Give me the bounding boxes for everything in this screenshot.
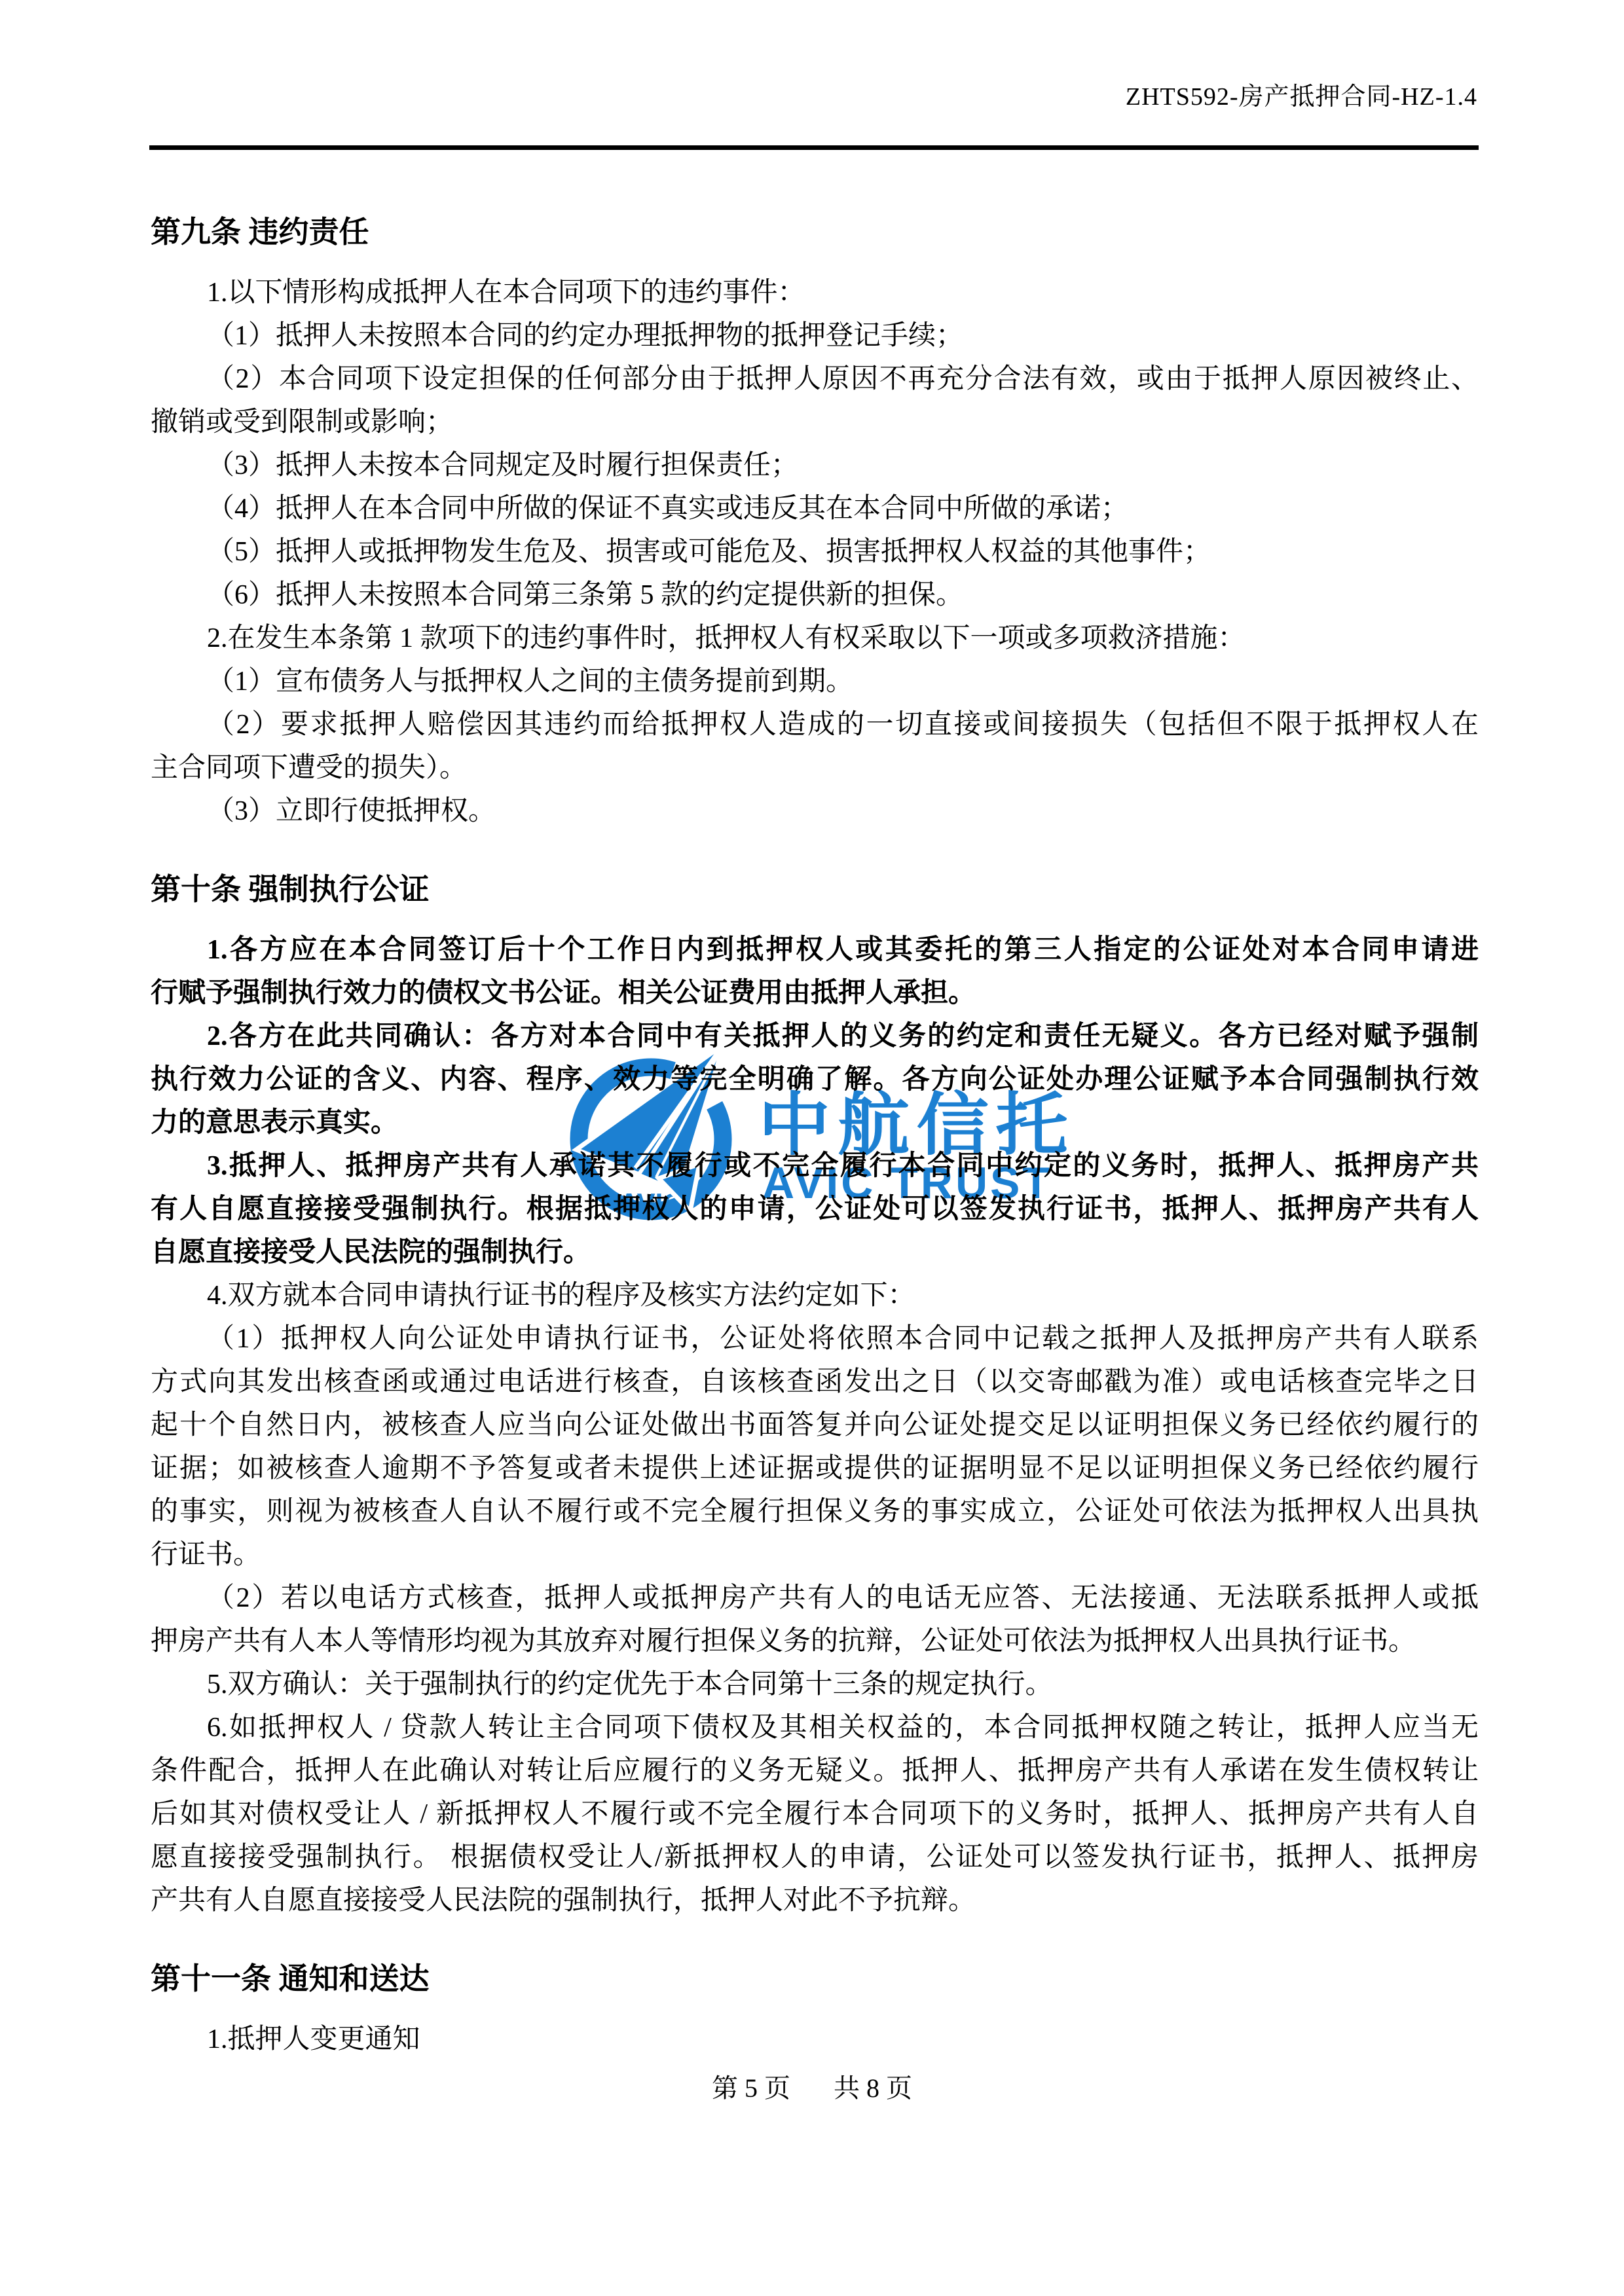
contract-body: 第九条 违约责任1.以下情形构成抵押人在本合同项下的违约事件：（1）抵押人未按照… bbox=[151, 175, 1479, 2061]
text-line: 1.各方应在本合同签订后十个工作日内到抵押权人或其委托的第三人指定的公证处对本合… bbox=[151, 928, 1479, 972]
text-line: 行证书。 bbox=[151, 1533, 1479, 1576]
text-line: 有人自愿直接接受强制执行。根据抵押权人的申请，公证处可以签发执行证书，抵押人、抵… bbox=[151, 1188, 1479, 1231]
text-line: 押房产共有人本人等情形均视为其放弃对履行担保义务的抗辩，公证处可依法为抵押权人出… bbox=[151, 1620, 1479, 1663]
article-heading: 第九条 违约责任 bbox=[151, 211, 1479, 254]
text-line: 主合同项下遭受的损失）。 bbox=[151, 746, 1479, 790]
total-page-label: 共 8 页 bbox=[815, 2073, 931, 2103]
text-line: （3）抵押人未按本合同规定及时履行担保责任； bbox=[151, 444, 1479, 487]
text-line: （6）抵押人未按照本合同第三条第 5 款的约定提供新的担保。 bbox=[151, 574, 1479, 617]
text-line: （2）若以电话方式核查，抵押人或抵押房产共有人的电话无应答、无法接通、无法联系抵… bbox=[151, 1576, 1479, 1620]
text-line: （1）抵押权人向公证处申请执行证书，公证处将依照本合同中记载之抵押人及抵押房产共… bbox=[151, 1317, 1479, 1360]
header-rule bbox=[149, 145, 1479, 150]
text-line: 产共有人自愿直接接受人民法院的强制执行，抵押人对此不予抗辩。 bbox=[151, 1879, 1479, 1922]
document-code: ZHTS592-房产抵押合同-HZ-1.4 bbox=[1126, 76, 1477, 112]
page-footer: 第 5 页 共 8 页 bbox=[0, 2068, 1624, 2105]
text-line: 2.各方在此共同确认：各方对本合同中有关抵押人的义务的约定和责任无疑义。各方已经… bbox=[151, 1015, 1479, 1058]
text-line: 执行效力公证的含义、内容、程序、效力等完全明确了解。各方向公证处办理公证赋予本合… bbox=[151, 1058, 1479, 1101]
text-line: 起十个自然日内，被核查人应当向公证处做出书面答复并向公证处提交足以证明担保义务已… bbox=[151, 1404, 1479, 1447]
text-line: 方式向其发出核查函或通过电话进行核查，自该核查函发出之日（以交寄邮戳为准）或电话… bbox=[151, 1360, 1479, 1404]
text-line: 后如其对债权受让人 / 新抵押权人不履行或不完全履行本合同项下的义务时，抵押人、… bbox=[151, 1793, 1479, 1836]
text-line: （4）抵押人在本合同中所做的保证不真实或违反其在本合同中所做的承诺； bbox=[151, 487, 1479, 530]
text-line: 力的意思表示真实。 bbox=[151, 1101, 1479, 1144]
text-line: （2）要求抵押人赔偿因其违约而给抵押权人造成的一切直接或间接损失（包括但不限于抵… bbox=[151, 703, 1479, 746]
text-line: （1）宣布债务人与抵押权人之间的主债务提前到期。 bbox=[151, 660, 1479, 703]
text-line: 条件配合，抵押人在此确认对转让后应履行的义务无疑义。抵押人、抵押房产共有人承诺在… bbox=[151, 1749, 1479, 1793]
text-line: 愿直接接受强制执行。 根据债权受让人/新抵押权人的申请，公证处可以签发执行证书，… bbox=[151, 1836, 1479, 1879]
text-line: 1.抵押人变更通知 bbox=[151, 2018, 1479, 2061]
text-line: 撤销或受到限制或影响； bbox=[151, 401, 1479, 444]
current-page-label: 第 5 页 bbox=[693, 2073, 809, 2103]
text-line: 6.如抵押权人 / 贷款人转让主合同项下债权及其相关权益的，本合同抵押权随之转让… bbox=[151, 1706, 1479, 1749]
text-line: 5.双方确认：关于强制执行的约定优先于本合同第十三条的规定执行。 bbox=[151, 1663, 1479, 1706]
text-line: （1）抵押人未按照本合同的约定办理抵押物的抵押登记手续； bbox=[151, 314, 1479, 357]
contract-page: ZHTS592-房产抵押合同-HZ-1.4 AVIC 中航信托 AVIC TRU… bbox=[0, 0, 1624, 2296]
text-line: 的事实，则视为被核查人自认不履行或不完全履行担保义务的事实成立，公证处可依法为抵… bbox=[151, 1490, 1479, 1533]
article-heading: 第十一条 通知和送达 bbox=[151, 1958, 1479, 2001]
text-line: 证据；如被核查人逾期不予答复或者未提供上述证据或提供的证据明显不足以证明担保义务… bbox=[151, 1447, 1479, 1490]
article-heading: 第十条 强制执行公证 bbox=[151, 868, 1479, 911]
text-line: 1.以下情形构成抵押人在本合同项下的违约事件： bbox=[151, 271, 1479, 314]
text-line: （2）本合同项下设定担保的任何部分由于抵押人原因不再充分合法有效，或由于抵押人原… bbox=[151, 357, 1479, 401]
text-line: 3.抵押人、抵押房产共有人承诺其不履行或不完全履行本合同中约定的义务时，抵押人、… bbox=[151, 1144, 1479, 1188]
text-line: （5）抵押人或抵押物发生危及、损害或可能危及、损害抵押权人权益的其他事件； bbox=[151, 530, 1479, 574]
text-line: （3）立即行使抵押权。 bbox=[151, 790, 1479, 833]
text-line: 4.双方就本合同申请执行证书的程序及核实方法约定如下： bbox=[151, 1274, 1479, 1317]
text-line: 自愿直接接受人民法院的强制执行。 bbox=[151, 1231, 1479, 1274]
text-line: 行赋予强制执行效力的债权文书公证。相关公证费用由抵押人承担。 bbox=[151, 972, 1479, 1015]
text-line: 2.在发生本条第 1 款项下的违约事件时，抵押权人有权采取以下一项或多项救济措施… bbox=[151, 617, 1479, 660]
